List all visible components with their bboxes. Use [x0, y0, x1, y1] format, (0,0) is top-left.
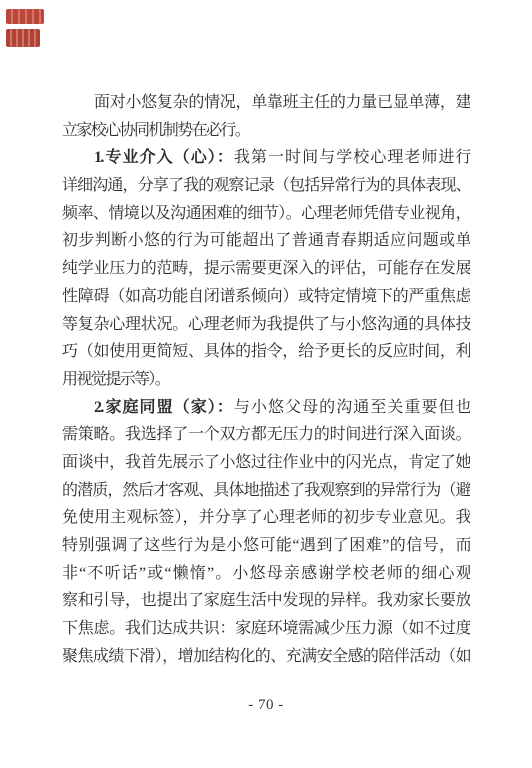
- text-line: 非“不听话”或“懒惰”。小悠母亲感谢学校老师的细心观: [62, 560, 470, 588]
- text-line: 面对小悠复杂的情况，单靠班主任的力量已显单薄，建: [62, 89, 470, 117]
- page-text: 面对小悠复杂的情况，单靠班主任的力量已显单薄，建立家校心协同机制势在必行。1.专…: [62, 89, 470, 670]
- text-line: 的潜质，然后才客观、具体地描述了我观察到的异常行为（避: [62, 477, 470, 505]
- text-segment: 下焦虑。我们达成共识：家庭环境需减少压力源（如不过度: [62, 620, 470, 637]
- text-segment: 聚焦成绩下滑），增加结构化的、充满安全感的陪伴活动（如: [62, 648, 470, 665]
- text-line: 察和引导，也提出了家庭生活中发现的异样。我劝家长要放: [62, 587, 470, 615]
- scanned-document-page: 面对小悠复杂的情况，单靠班主任的力量已显单薄，建立家校心协同机制势在必行。1.专…: [0, 0, 532, 768]
- text-line: 等复杂心理状况。心理老师为我提供了与小悠沟通的具体技: [62, 311, 470, 339]
- text-segment: 非“不听话”或“懒惰”。小悠母亲感谢学校老师的细心观: [62, 565, 470, 582]
- text-segment: 立家校心协同机制势在必行。: [62, 122, 249, 139]
- text-segment: 免使用主观标签），并分享了心理老师的初步专业意见。我: [62, 509, 470, 526]
- text-line: 纯学业压力的范畴，提示需要更深入的评估，可能存在发展: [62, 255, 470, 283]
- text-line: 性障碍（如高功能自闭谱系倾向）或特定情境下的严重焦虑: [62, 283, 470, 311]
- text-line: 1.专业介入（心）：我第一时间与学校心理老师进行: [62, 144, 470, 172]
- text-segment: 面谈中，我首先展示了小悠过往作业中的闪光点，肯定了她: [62, 454, 470, 471]
- text-line: 聚焦成绩下滑），增加结构化的、充满安全感的陪伴活动（如: [62, 643, 470, 671]
- text-line: 初步判断小悠的行为可能超出了普通青春期适应问题或单: [62, 227, 470, 255]
- text-segment: 与小悠父母的沟通至关重要但也: [234, 399, 470, 416]
- text-line: 下焦虑。我们达成共识：家庭环境需减少压力源（如不过度: [62, 615, 470, 643]
- text-segment: 详细沟通，分享了我的观察记录（包括异常行为的具体表现、: [62, 177, 470, 194]
- text-segment: 性障碍（如高功能自闭谱系倾向）或特定情境下的严重焦虑: [62, 288, 470, 305]
- section-heading-segment: 2.家庭同盟（家）：: [94, 399, 234, 416]
- text-segment: 初步判断小悠的行为可能超出了普通青春期适应问题或单: [62, 232, 470, 249]
- text-line: 2.家庭同盟（家）：与小悠父母的沟通至关重要但也: [62, 394, 470, 422]
- text-line: 频率、情境以及沟通困难的细节）。心理老师凭借专业视角，: [62, 200, 470, 228]
- red-stamp-mark-bottom: [6, 29, 40, 47]
- text-line: 免使用主观标签），并分享了心理老师的初步专业意见。我: [62, 504, 470, 532]
- text-line: 详细沟通，分享了我的观察记录（包括异常行为的具体表现、: [62, 172, 470, 200]
- text-line: 需策略。我选择了一个双方都无压力的时间进行深入面谈。: [62, 421, 470, 449]
- text-line: 面谈中，我首先展示了小悠过往作业中的闪光点，肯定了她: [62, 449, 470, 477]
- text-line: 特别强调了这些行为是小悠可能“遇到了困难”的信号，而: [62, 532, 470, 560]
- text-segment: 特别强调了这些行为是小悠可能“遇到了困难”的信号，而: [62, 537, 470, 554]
- text-segment: 巧（如使用更简短、具体的指令，给予更长的反应时间，利: [62, 343, 470, 360]
- text-segment: 察和引导，也提出了家庭生活中发现的异样。我劝家长要放: [62, 592, 470, 609]
- text-segment: 面对小悠复杂的情况，单靠班主任的力量已显单薄，建: [94, 94, 470, 111]
- page-number: - 70 -: [0, 697, 532, 714]
- text-segment: 的潜质，然后才客观、具体地描述了我观察到的异常行为（避: [62, 482, 470, 499]
- text-segment: 等复杂心理状况。心理老师为我提供了与小悠沟通的具体技: [62, 316, 470, 333]
- text-segment: 用视觉提示等）。: [62, 371, 169, 388]
- text-line: 用视觉提示等）。: [62, 366, 470, 394]
- section-heading-segment: 1.专业介入（心）：: [94, 149, 234, 166]
- red-stamp-mark-top: [6, 9, 44, 24]
- text-segment: 需策略。我选择了一个双方都无压力的时间进行深入面谈。: [62, 426, 470, 443]
- text-line: 巧（如使用更简短、具体的指令，给予更长的反应时间，利: [62, 338, 470, 366]
- text-segment: 我第一时间与学校心理老师进行: [234, 149, 470, 166]
- text-line: 立家校心协同机制势在必行。: [62, 117, 470, 145]
- text-segment: 纯学业压力的范畴，提示需要更深入的评估，可能存在发展: [62, 260, 470, 277]
- text-segment: 频率、情境以及沟通困难的细节）。心理老师凭借专业视角，: [62, 205, 470, 222]
